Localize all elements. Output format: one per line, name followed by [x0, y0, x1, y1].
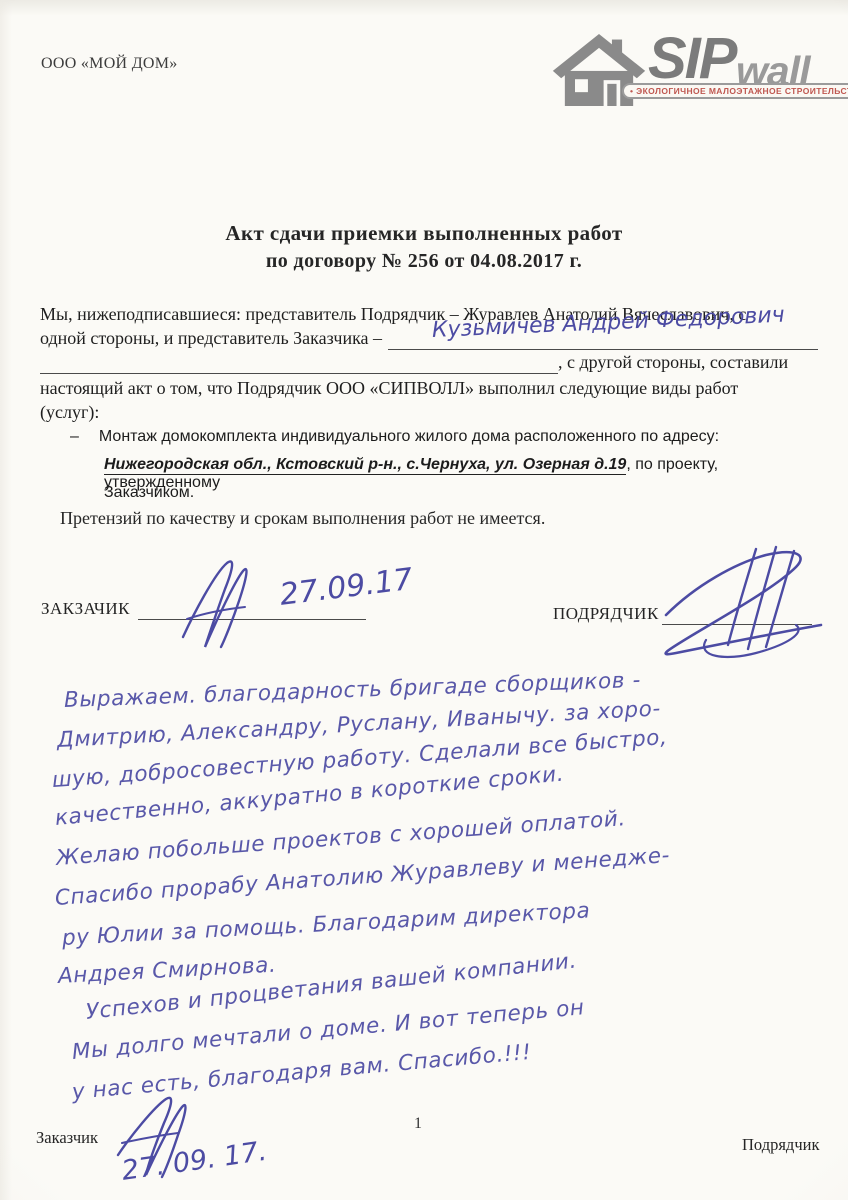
title-line-2: по договору № 256 от 04.08.2017 г. [0, 250, 848, 273]
note-line: ру Юлии за помощь. Благодарим директора [61, 898, 591, 951]
customer-signature [175, 555, 275, 650]
footer-customer-label: Заказчик [36, 1128, 98, 1148]
contractor-signature [636, 545, 831, 660]
page-number: 1 [414, 1115, 422, 1133]
logo-text-sip: SIP [648, 30, 736, 88]
body-line-4: настоящий акт о том, что Подрядчик ООО «… [40, 376, 818, 400]
sipwall-logo: SIP wall • ЭКОЛОГИЧНОЕ МАЛОЭТАЖНОЕ СТРОИ… [552, 30, 824, 112]
work-address-line: Нижегородская обл., Кстовский р-н., с.Че… [104, 456, 818, 492]
work-item-dash: – [70, 428, 79, 446]
work-item-tail: Заказчиком. [104, 484, 194, 502]
claims-text: Претензий по качеству и срокам выполнени… [60, 508, 545, 529]
customer-signature-label: ЗАКЗАЧИК [41, 599, 130, 619]
work-item-text: Монтаж домокомплекта индивидуального жил… [99, 428, 719, 446]
work-item: – Монтаж домокомплекта индивидуального ж… [70, 428, 810, 446]
body-line-3-text: , с другой стороны, составили [558, 350, 788, 374]
company-name: ООО «МОЙ ДОМ» [41, 55, 178, 73]
body-line-5: (услуг): [40, 400, 818, 424]
scanned-document-page: ООО «МОЙ ДОМ» SIP wall • ЭКОЛОГИЧНОЕ МАЛ… [0, 0, 848, 1200]
blank-line-continuation [40, 353, 558, 374]
customer-signature-date: 27.09.17 [278, 562, 415, 613]
document-title: Акт сдачи приемки выполненных работ по д… [0, 221, 848, 273]
title-line-1: Акт сдачи приемки выполненных работ [0, 221, 848, 246]
body-line-3: , с другой стороны, составили [40, 350, 818, 374]
footer-contractor-label: Подрядчик [742, 1135, 819, 1155]
logo-tagline: • ЭКОЛОГИЧНОЕ МАЛОЭТАЖНОЕ СТРОИТЕЛЬСТВО … [622, 83, 848, 99]
work-address: Нижегородская обл., Кстовский р-н., с.Че… [104, 456, 626, 475]
body-line-2-text: одной стороны, и представитель Заказчика… [40, 326, 382, 350]
